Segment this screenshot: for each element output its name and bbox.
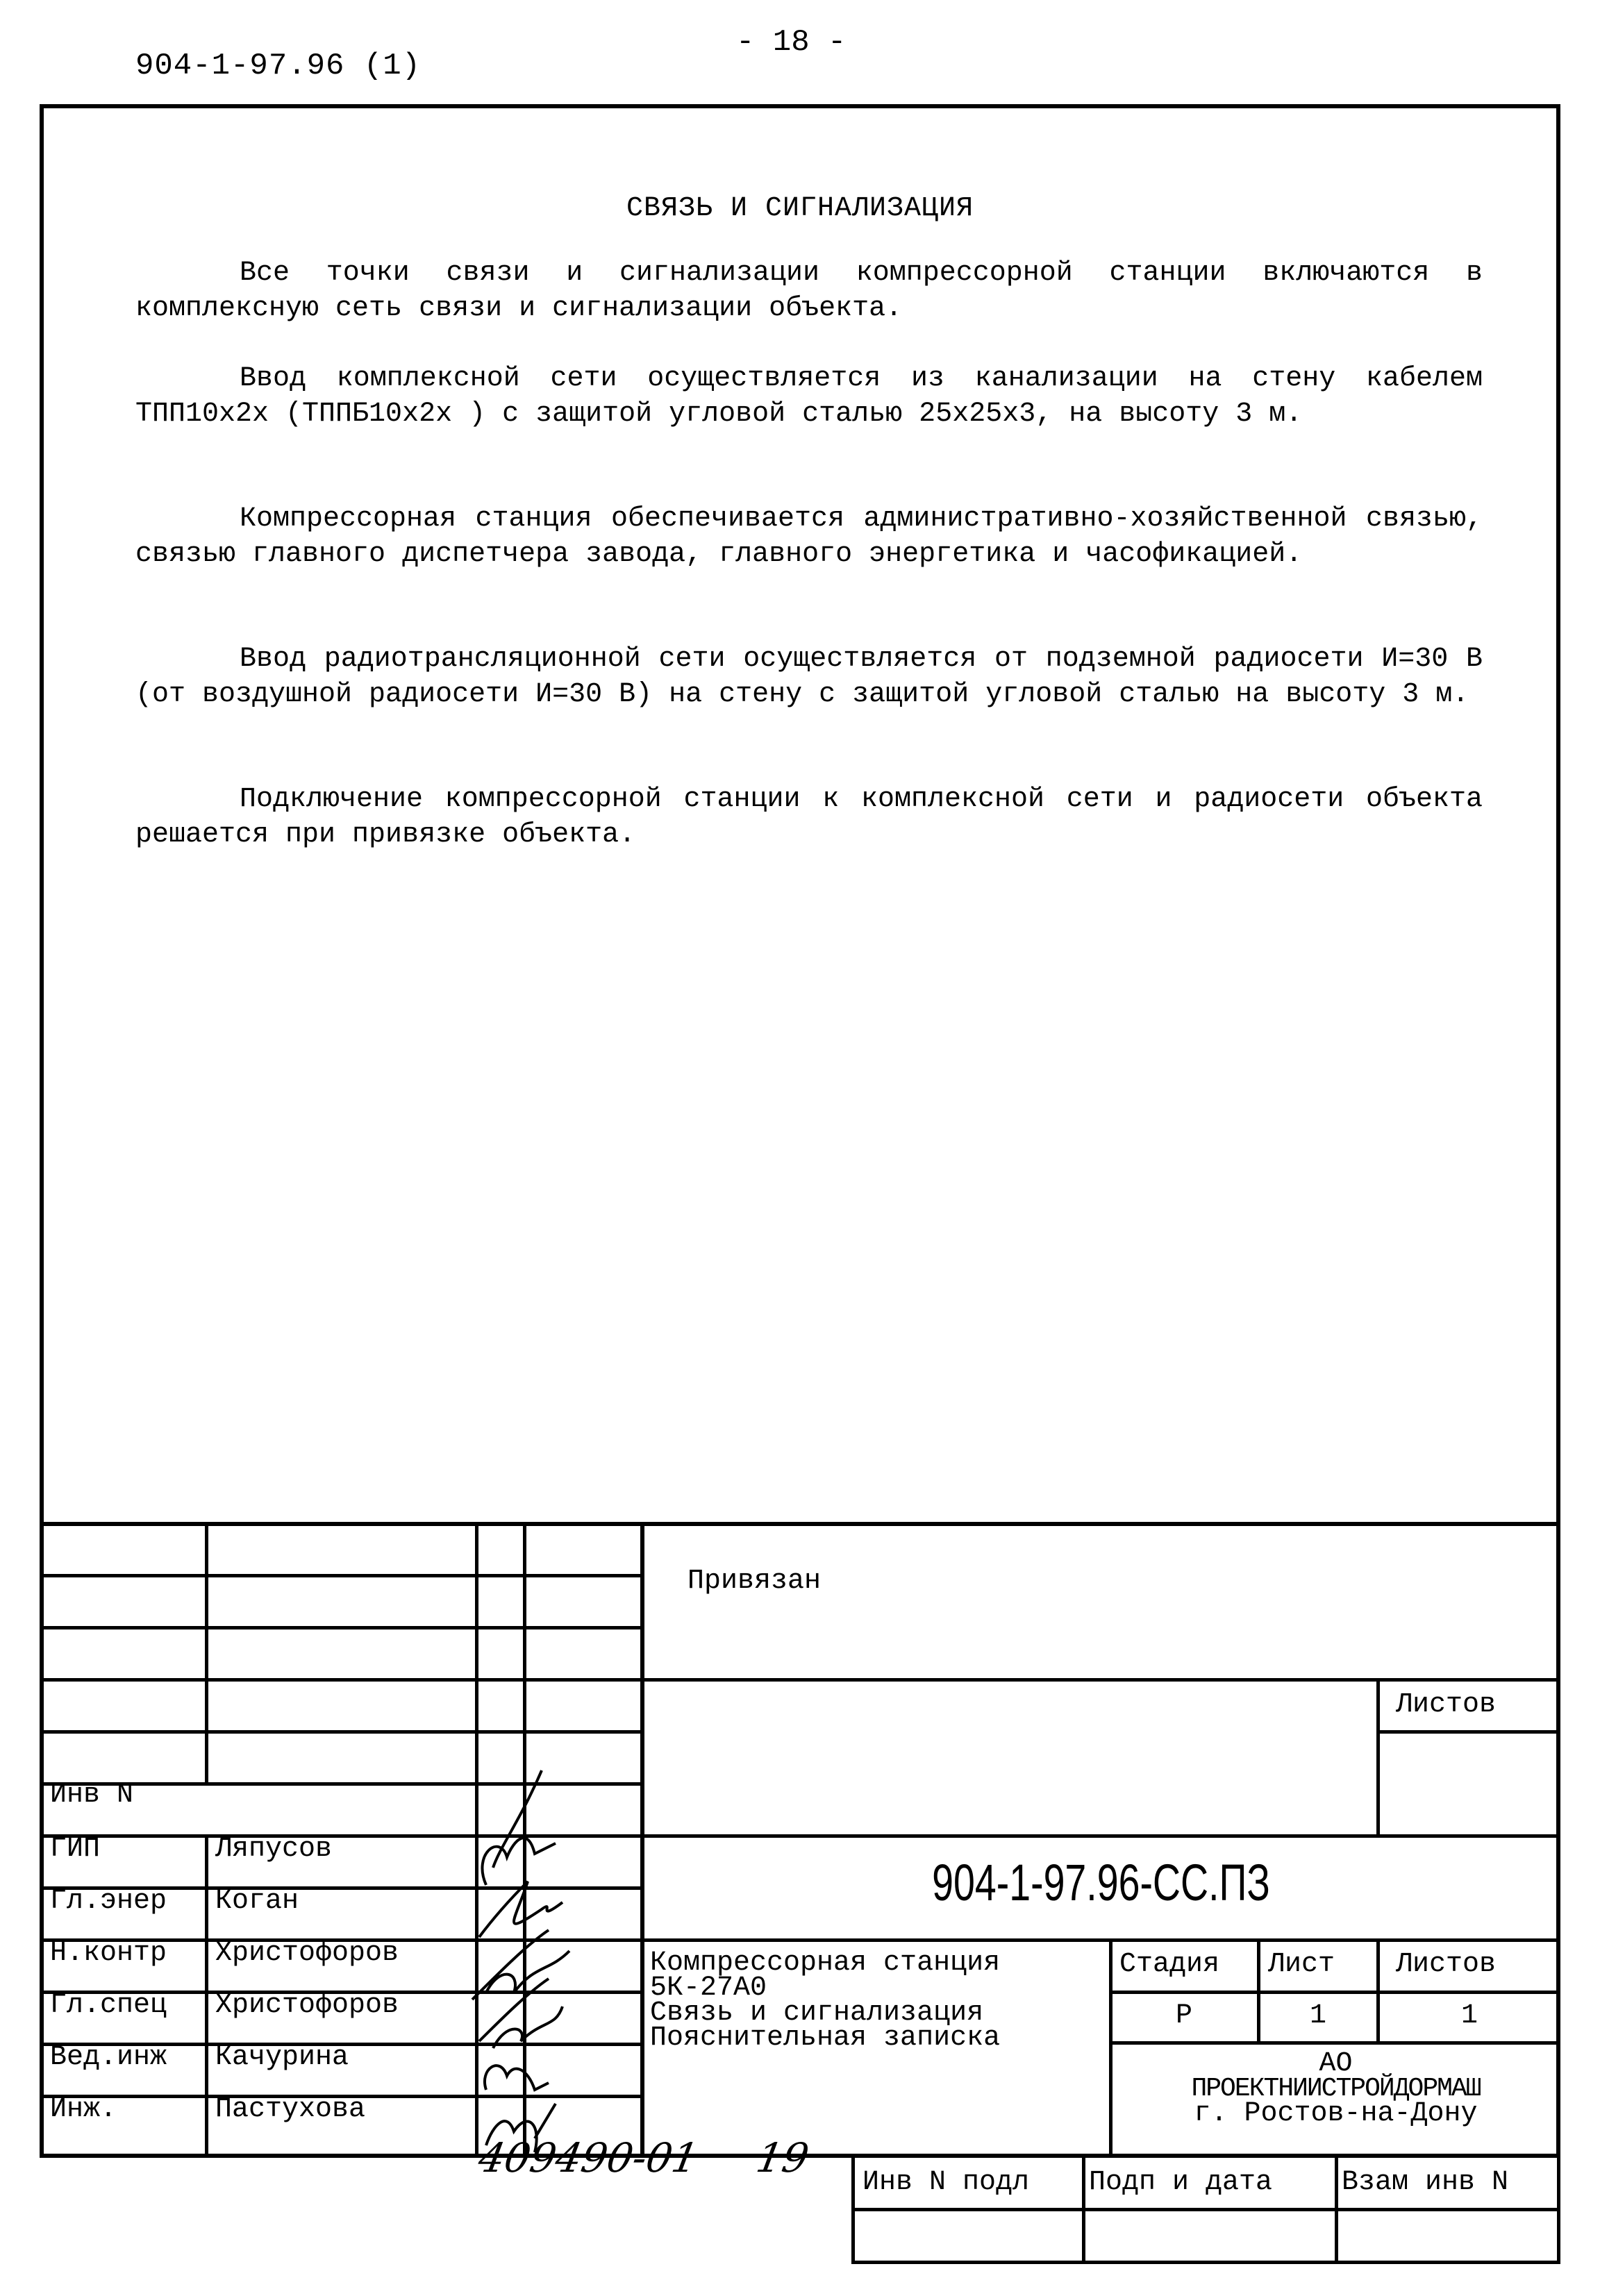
bound-label: Привязан (687, 1568, 821, 1595)
grid-line (640, 1522, 644, 2158)
paragraph-text: Компрессорная станция обеспечивается адм… (135, 503, 1499, 570)
signatory-role: Инж. (50, 2096, 117, 2124)
signatory-name: Христофоров (215, 1992, 399, 2020)
grid-line (1376, 1678, 1380, 1836)
section-title: СВЯЗЬ И СИГНАЛИЗАЦИЯ (0, 193, 1600, 224)
signatory-role: Гл.спец (50, 1992, 167, 2020)
signatory-role: ГИП (50, 1836, 100, 1863)
page-number: - 18 - (736, 25, 846, 60)
handwritten-page-number: 19 (754, 2144, 810, 2172)
grid-line (851, 2261, 1560, 2264)
sign-date-label: Подп и дата (1089, 2169, 1272, 2197)
description-block: Компрессорная станция 5К-27А0 Связь и си… (650, 1951, 1000, 2051)
signatory-role: Вед.инж (50, 2044, 167, 2072)
paragraph: Ввод радиотрансляционной сети осуществля… (135, 642, 1483, 712)
document-code-header: 904-1-97.96 (1) (135, 49, 421, 83)
paragraph-text: Ввод комплексной сети осуществляется из … (135, 363, 1499, 430)
grid-line (40, 1626, 642, 1629)
grid-line (1109, 2041, 1560, 2045)
organization-line: АО (1111, 2052, 1560, 2077)
sheets-label: Листов (1396, 1951, 1496, 1979)
sheets-value: 1 (1378, 2002, 1560, 2030)
signatory-name: Коган (215, 1888, 299, 1916)
grid-line (851, 2208, 1560, 2211)
grid-line (1109, 1991, 1560, 1994)
paragraph: Компрессорная станция обеспечивается адм… (135, 501, 1483, 572)
grid-line (1376, 1730, 1560, 1734)
paragraph: Все точки связи и сигнализации компрессо… (135, 255, 1483, 326)
handwritten-inventory-number: 409490-01 (476, 2144, 700, 2172)
replace-inv-label: Взам инв N (1342, 2169, 1508, 2197)
signatory-role: Н.контр (50, 1940, 167, 1968)
document-designation: 904-1-97.96-СС.ПЗ (642, 1855, 1560, 1922)
paragraph: Ввод комплексной сети осуществляется из … (135, 361, 1483, 432)
sheet-value: 1 (1259, 2002, 1377, 2030)
organization-block: АО ПРОЕКТНИИСТРОЙДОРМАШ г. Ростов-на-Дон… (1111, 2052, 1560, 2127)
organization-line: г. Ростов-на-Дону (1111, 2102, 1560, 2127)
sheet-label: Лист (1268, 1951, 1335, 1979)
description-line: Пояснительная записка (650, 2026, 1000, 2051)
paragraph-text: Все точки связи и сигнализации компрессо… (135, 258, 1499, 324)
sheets-label-top: Листов (1396, 1691, 1496, 1719)
signatory-name: Пастухова (215, 2096, 365, 2124)
grid-line (205, 1834, 208, 2158)
signatory-role: Гл.энер (50, 1888, 167, 1916)
paragraph-text: Подключение компрессорной станции к комп… (135, 784, 1499, 850)
stamp-top-border (40, 1522, 1560, 1526)
document-designation-text: 904-1-97.96-СС.ПЗ (933, 1855, 1271, 1911)
signatures-icon (458, 1763, 597, 2166)
grid-line (40, 1678, 1560, 1682)
inv-sub-label: Инв N подл (862, 2169, 1029, 2197)
grid-line (40, 1574, 642, 1577)
stage-label: Стадия (1119, 1951, 1219, 1979)
signatory-name: Качурина (215, 2044, 349, 2072)
paragraph: Подключение компрессорной станции к комп… (135, 782, 1483, 853)
signatory-name: Ляпусов (215, 1836, 332, 1863)
signatory-name: Христофоров (215, 1940, 399, 1968)
grid-line (40, 1730, 642, 1734)
inv-number-label: Инв N (50, 1782, 133, 1809)
paragraph-text: Ввод радиотрансляционной сети осуществля… (135, 644, 1499, 710)
grid-line (205, 1522, 208, 1782)
stage-value: Р (1111, 2002, 1257, 2030)
